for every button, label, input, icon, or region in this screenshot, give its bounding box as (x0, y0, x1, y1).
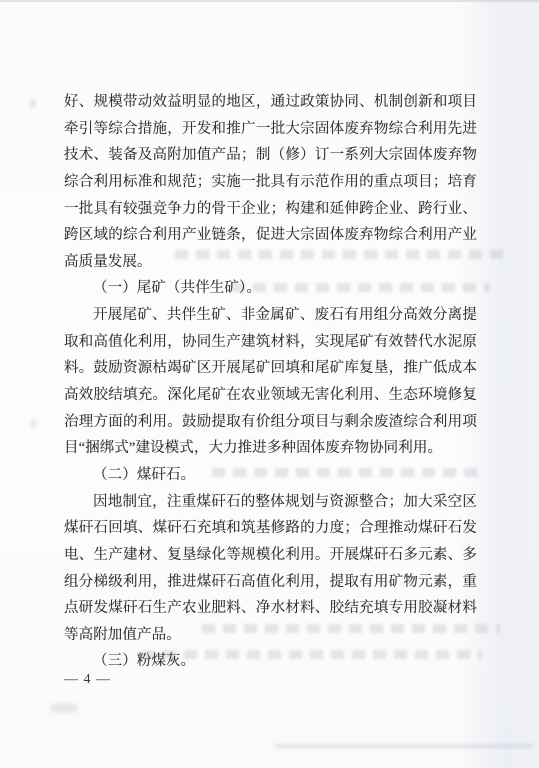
body-line: 目“捆绑式”建设模式，大力推进多种固体废弃物协同利用。 (64, 435, 477, 462)
body-line: 治理方面的利用。鼓励提取有价组分项目与剩余废渣综合利用项 (64, 409, 477, 436)
body-line: 因地制宜，注重煤矸石的整体规划与资源整合；加大采空区 (64, 489, 477, 516)
scan-smudge (275, 744, 533, 748)
body-line: 电、生产建材、复垦绿化等规模化利用。开展煤矸石多元素、多 (64, 542, 477, 569)
body-line: 高效胶结填充。深化尾矿在农业领域无害化利用、生态环境修复 (64, 382, 477, 409)
scanned-document-page: 好、规模带动效益明显的地区，通过政策协同、机制创新和项目 牵引等综合措施，开发和… (0, 0, 539, 768)
scan-speck (30, 100, 35, 107)
body-line: 一批具有较强竞争力的骨干企业；构建和延伸跨企业、跨行业、 (64, 196, 477, 223)
body-line: 好、规模带动效益明显的地区，通过政策协同、机制创新和项目 (64, 89, 477, 116)
body-line: 取和高值化利用，协同生产建筑材料，实现尾矿有效替代水泥原 (64, 329, 477, 356)
section-heading-fly-ash: （三）粉煤灰。 (64, 648, 477, 675)
page-number: — 4 — (64, 671, 111, 689)
body-line: 综合利用标准和规范；实施一批具有示范作用的重点项目；培育 (64, 169, 477, 196)
section-heading-tailings: （一）尾矿（共伴生矿）。 (64, 275, 477, 302)
body-line: 煤矸石回填、煤矸石充填和筑基修路的力度；合理推动煤矸石发 (64, 515, 477, 542)
section-heading-coal-gangue: （二）煤矸石。 (64, 462, 477, 489)
body-line: 料。鼓励资源枯竭矿区开展尾矿回填和尾矿库复垦，推广低成本 (64, 355, 477, 382)
scan-speck (31, 420, 36, 427)
body-line: 等高附加值产品。 (64, 622, 477, 649)
scan-smudge (50, 703, 78, 713)
body-line: 开展尾矿、共伴生矿、非金属矿、废石有用组分高效分离提 (64, 302, 477, 329)
body-line: 点研发煤矸石生产农业肥料、净水材料、胶结充填专用胶凝材料 (64, 595, 477, 622)
body-line: 牵引等综合措施，开发和推广一批大宗固体废弃物综合利用先进 (64, 116, 477, 143)
document-text-block: 好、规模带动效益明显的地区，通过政策协同、机制创新和项目 牵引等综合措施，开发和… (64, 89, 477, 675)
body-line: 组分梯级利用，推进煤矸石高值化利用，提取有用矿物元素，重 (64, 569, 477, 596)
body-line: 高质量发展。 (64, 249, 477, 276)
scan-top-edge (0, 0, 539, 2)
body-line: 技术、装备及高附加值产品；制（修）订一系列大宗固体废弃物 (64, 142, 477, 169)
body-line: 跨区域的综合利用产业链条，促进大宗固体废弃物综合利用产业 (64, 222, 477, 249)
